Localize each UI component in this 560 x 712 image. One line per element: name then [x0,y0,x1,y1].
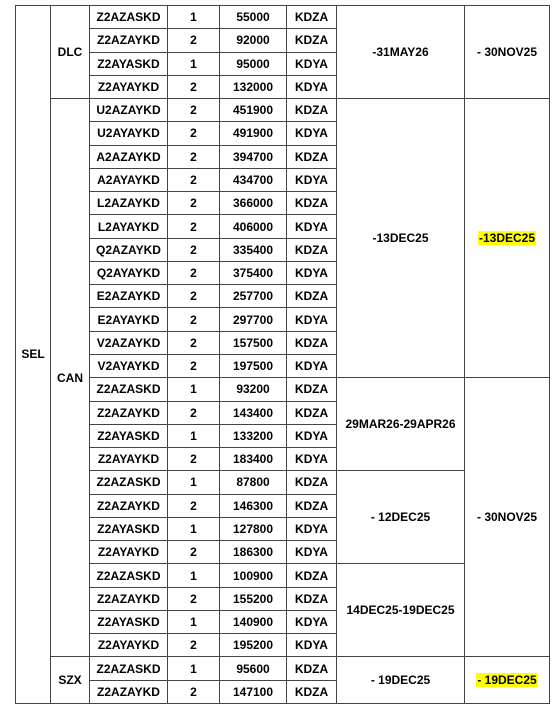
table-row: Z2AZASKD193200KDZA29MAR26-29APR26- 30NOV… [16,378,550,401]
fare-code-cell: L2AZAYKD [90,192,168,215]
fare-table: SELDLCZ2AZASKD155000KDZA-31MAY26- 30NOV2… [15,5,550,704]
fare-type-cell: KDYA [287,215,337,238]
price-cell: 451900 [220,99,287,122]
fare-code-cell: V2AZAYKD [90,331,168,354]
travel-period-cell: 29MAR26-29APR26 [337,378,465,471]
fare-code-cell: Z2AYASKD [90,517,168,540]
fare-code-cell: Q2AZAYKD [90,238,168,261]
fare-type-cell: KDYA [287,634,337,657]
travel-period-cell: 14DEC25-19DEC25 [337,564,465,657]
fare-type-cell: KDZA [287,587,337,610]
destination-cell: DLC [51,6,90,99]
table-row: SELDLCZ2AZASKD155000KDZA-31MAY26- 30NOV2… [16,6,550,29]
sale-period-text: - 30NOV25 [477,510,537,524]
travel-period-cell: - 12DEC25 [337,471,465,564]
fare-code-cell: Z2AZAYKD [90,587,168,610]
price-cell: 375400 [220,261,287,284]
fare-code-cell: Z2AZASKD [90,564,168,587]
pax-count-cell: 2 [168,634,220,657]
fare-code-cell: Z2AYAYKD [90,634,168,657]
pax-count-cell: 1 [168,424,220,447]
pax-count-cell: 2 [168,215,220,238]
fare-type-cell: KDZA [287,494,337,517]
fare-type-cell: KDZA [287,680,337,703]
pax-count-cell: 2 [168,238,220,261]
fare-code-cell: Z2AZASKD [90,378,168,401]
price-cell: 366000 [220,192,287,215]
fare-code-cell: A2AYAYKD [90,168,168,191]
travel-period-cell: - 19DEC25 [337,657,465,704]
pax-count-cell: 1 [168,378,220,401]
price-cell: 87800 [220,471,287,494]
price-cell: 335400 [220,238,287,261]
fare-code-cell: Z2AZAYKD [90,401,168,424]
fare-code-cell: Z2AZAYKD [90,494,168,517]
price-cell: 93200 [220,378,287,401]
price-cell: 186300 [220,541,287,564]
pax-count-cell: 2 [168,285,220,308]
pax-count-cell: 2 [168,494,220,517]
fare-type-cell: KDZA [287,6,337,29]
fare-type-cell: KDZA [287,401,337,424]
price-cell: 143400 [220,401,287,424]
fare-type-cell: KDYA [287,122,337,145]
price-cell: 197500 [220,354,287,377]
fare-code-cell: Z2AZASKD [90,657,168,680]
table-row: CANU2AZAYKD2451900KDZA-13DEC25-13DEC25 [16,99,550,122]
origin-cell: SEL [16,6,51,704]
pax-count-cell: 1 [168,471,220,494]
pax-count-cell: 2 [168,99,220,122]
price-cell: 95000 [220,52,287,75]
fare-type-cell: KDZA [287,285,337,308]
fare-code-cell: U2AZAYKD [90,99,168,122]
fare-type-cell: KDZA [287,145,337,168]
price-cell: 434700 [220,168,287,191]
sale-period-cell: - 30NOV25 [465,6,550,99]
fare-type-cell: KDZA [287,99,337,122]
pax-count-cell: 2 [168,261,220,284]
fare-type-cell: KDYA [287,75,337,98]
fare-type-cell: KDYA [287,308,337,331]
price-cell: 127800 [220,517,287,540]
fare-code-cell: Z2AYASKD [90,424,168,447]
price-cell: 147100 [220,680,287,703]
fare-code-cell: Z2AYAYKD [90,75,168,98]
fare-code-cell: Z2AYAYKD [90,541,168,564]
price-cell: 92000 [220,29,287,52]
price-cell: 132000 [220,75,287,98]
fare-code-cell: Z2AZASKD [90,471,168,494]
destination-cell: CAN [51,99,90,657]
pax-count-cell: 2 [168,680,220,703]
sale-period-text: -13DEC25 [478,231,536,245]
fare-type-cell: KDZA [287,657,337,680]
pax-count-cell: 1 [168,564,220,587]
pax-count-cell: 1 [168,6,220,29]
pax-count-cell: 2 [168,145,220,168]
pax-count-cell: 2 [168,354,220,377]
price-cell: 133200 [220,424,287,447]
travel-period-cell: -31MAY26 [337,6,465,99]
fare-type-cell: KDZA [287,378,337,401]
sale-period-cell: - 30NOV25 [465,378,550,657]
pax-count-cell: 2 [168,587,220,610]
pax-count-cell: 2 [168,122,220,145]
fare-type-cell: KDZA [287,471,337,494]
fare-code-cell: Z2AYASKD [90,610,168,633]
pax-count-cell: 2 [168,168,220,191]
pax-count-cell: 1 [168,52,220,75]
sale-period-text: - 30NOV25 [477,45,537,59]
fare-type-cell: KDZA [287,331,337,354]
price-cell: 95600 [220,657,287,680]
pax-count-cell: 2 [168,308,220,331]
price-cell: 257700 [220,285,287,308]
fare-code-cell: Z2AYASKD [90,52,168,75]
fare-code-cell: L2AYAYKD [90,215,168,238]
fare-type-cell: KDYA [287,541,337,564]
fare-type-cell: KDZA [287,238,337,261]
price-cell: 195200 [220,634,287,657]
fare-type-cell: KDYA [287,610,337,633]
price-cell: 406000 [220,215,287,238]
fare-code-cell: Z2AYAYKD [90,448,168,471]
fare-type-cell: KDYA [287,261,337,284]
sale-period-text: - 19DEC25 [476,673,537,687]
sale-period-cell: - 19DEC25 [465,657,550,704]
pax-count-cell: 1 [168,517,220,540]
pax-count-cell: 2 [168,448,220,471]
fare-code-cell: V2AYAYKD [90,354,168,377]
fare-type-cell: KDZA [287,192,337,215]
price-cell: 155200 [220,587,287,610]
fare-type-cell: KDYA [287,354,337,377]
travel-period-cell: -13DEC25 [337,99,465,378]
fare-code-cell: E2AZAYKD [90,285,168,308]
fare-type-cell: KDYA [287,168,337,191]
price-cell: 297700 [220,308,287,331]
fare-type-cell: KDYA [287,448,337,471]
price-cell: 394700 [220,145,287,168]
pax-count-cell: 2 [168,192,220,215]
price-cell: 100900 [220,564,287,587]
fare-code-cell: U2AYAYKD [90,122,168,145]
fare-type-cell: KDZA [287,564,337,587]
fare-type-cell: KDYA [287,517,337,540]
fare-code-cell: Z2AZASKD [90,6,168,29]
price-cell: 491900 [220,122,287,145]
fare-type-cell: KDYA [287,424,337,447]
pax-count-cell: 1 [168,657,220,680]
price-cell: 157500 [220,331,287,354]
fare-code-cell: Z2AZAYKD [90,29,168,52]
pax-count-cell: 2 [168,29,220,52]
fare-code-cell: Z2AZAYKD [90,680,168,703]
pax-count-cell: 2 [168,331,220,354]
price-cell: 183400 [220,448,287,471]
sale-period-cell: -13DEC25 [465,99,550,378]
table-row: SZXZ2AZASKD195600KDZA- 19DEC25- 19DEC25 [16,657,550,680]
price-cell: 55000 [220,6,287,29]
fare-code-cell: A2AZAYKD [90,145,168,168]
pax-count-cell: 2 [168,401,220,424]
pax-count-cell: 2 [168,75,220,98]
fare-table-body: SELDLCZ2AZASKD155000KDZA-31MAY26- 30NOV2… [16,6,550,704]
pax-count-cell: 2 [168,541,220,564]
fare-code-cell: E2AYAYKD [90,308,168,331]
price-cell: 146300 [220,494,287,517]
fare-type-cell: KDZA [287,29,337,52]
fare-code-cell: Q2AYAYKD [90,261,168,284]
price-cell: 140900 [220,610,287,633]
destination-cell: SZX [51,657,90,704]
pax-count-cell: 1 [168,610,220,633]
fare-type-cell: KDYA [287,52,337,75]
